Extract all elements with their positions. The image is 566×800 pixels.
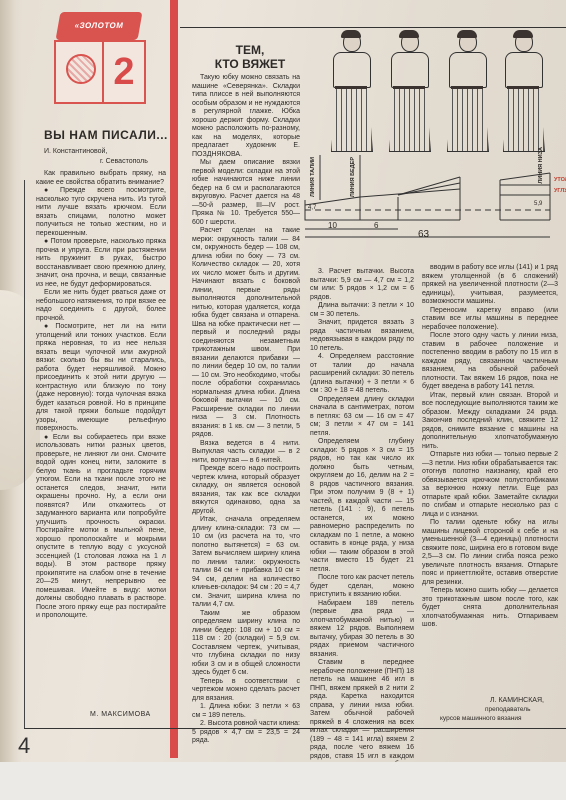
waist-line-label: ЛИНИЯ ТАЛИИ — [310, 157, 316, 197]
red-divider-bar — [170, 0, 178, 758]
article-column-3: вводим в работу все иглы (141) и 1 ряд в… — [422, 264, 558, 630]
article-paragraph: Прежде всего надо построить чертеж клина… — [192, 465, 300, 516]
article-paragraph: Таким же образом определяем ширину клина… — [192, 610, 300, 678]
article-paragraph: Расчет сделан на такие мерки: окружность… — [192, 227, 300, 440]
article-paragraph: Итак, сначала определяем длину клина-скл… — [192, 516, 300, 610]
thinning-label: УГЛУБЛЕНИЕ — [554, 188, 566, 194]
hip-line-label: ЛИНИЯ БЕДЕР — [350, 157, 356, 197]
hem-line-label: ЛИНИЯ НИЗА — [538, 147, 544, 184]
page-number: 4 — [18, 733, 30, 759]
top-rule — [180, 27, 566, 28]
article-paragraph: По талии оденьте юбку на иглы машины лиц… — [422, 519, 558, 587]
article-paragraph: Теперь в соответствии с чертежом можно с… — [192, 678, 300, 704]
left-frame-line — [24, 180, 25, 728]
article-paragraph: Итак, первый клин связан. Второй и все п… — [422, 392, 558, 452]
article-paragraph: Мы даем описание вязки первой модели: ск… — [192, 159, 300, 227]
article-paragraph: Теперь можно сшить юбку — делается это т… — [422, 587, 558, 630]
letters-paragraph: Прежде всего посмотрите, насколько туго … — [36, 187, 166, 238]
fashion-illustration — [325, 30, 555, 155]
waist-width-dim: 4,7 — [308, 205, 316, 211]
article-paragraph: Определяем глубину складки: 5 рядов × 3 … — [310, 438, 414, 574]
letters-paragraph: Потом проверьте, насколько пряжа прочна … — [36, 238, 166, 289]
model-figure-3 — [441, 30, 493, 155]
letters-paragraph: Как правильно выбрать пряжу, на какие ее… — [36, 170, 166, 187]
article-signature-role: преподаватель — [485, 706, 530, 713]
wedge-drawing — [300, 155, 564, 245]
article-paragraph: Вязка ведется в 4 нити. Выпуклая часть с… — [192, 440, 300, 466]
article-title: ТЕМ, КТО ВЯЖЕТ — [205, 43, 295, 71]
section-logo-cube: «ЗОЛОТОМ МАНЕРСТВО» 2 — [50, 12, 150, 104]
article-paragraph: Отпарьте низ юбки — только первые 2—3 пе… — [422, 451, 558, 519]
article-column-1: Такую юбку можно связать на машине «Севе… — [192, 74, 300, 746]
article-paragraph: Значит, придется вязать 3 ряда частичным… — [310, 319, 414, 353]
article-paragraph: 3. Расчет вытачки. Высота вытачки: 5,9 с… — [310, 268, 414, 302]
logo-number: 2 — [104, 42, 144, 102]
letters-paragraph: Если вы собираетесь при вязке использова… — [36, 434, 166, 621]
article-signature-name: Л. КАМИНСКАЯ, — [490, 697, 544, 704]
article-paragraph: вводим в работу все иглы (141) и 1 ряд в… — [422, 264, 558, 307]
article-title-line2: КТО ВЯЖЕТ — [205, 57, 295, 71]
segment-a-dim: 10 — [328, 221, 337, 230]
magazine-page: «ЗОЛОТОМ МАНЕРСТВО» 2 ВЫ НАМ ПИСАЛИ... И… — [0, 0, 566, 800]
total-length-dim: 63 — [418, 229, 429, 240]
pattern-diagram: ЛИНИЯ ТАЛИИ ЛИНИЯ БЕДЕР ЛИНИЯ НИЗА УТОЛЩ… — [300, 155, 564, 245]
hip-width-dim: 5,9 — [534, 201, 542, 207]
logo-banner: «ЗОЛОТОМ МАНЕРСТВО» — [56, 12, 143, 40]
article-signature-role-detail: курсов машинного вязания — [440, 715, 522, 722]
article-paragraph: Длина вытачки: 3 петли × 10 см = 30 пете… — [310, 302, 414, 319]
model-figure-2 — [383, 30, 435, 155]
article-paragraph: 2. Высота ровной части клина: 5 рядов × … — [192, 720, 300, 746]
thickening-label: УТОЛЩЕНИЕ — [554, 177, 566, 183]
article-paragraph: После этого одну часть у линии низа, ста… — [422, 332, 558, 392]
letters-city: г. Севастополь — [100, 158, 148, 165]
logo-number-face: 2 — [102, 40, 146, 104]
letters-addressee: И. Константиновой, — [44, 148, 107, 155]
segment-b-dim: 6 — [374, 221, 378, 230]
letters-column: Как правильно выбрать пряжу, на какие ее… — [36, 170, 166, 621]
article-paragraph: Переносим каретку вправо (или ставим все… — [422, 307, 558, 333]
letters-paragraph: Если же нить будет рваться даже от небол… — [36, 289, 166, 323]
article-column-2: 3. Расчет вытачки. Высота вытачки: 5,9 с… — [310, 268, 414, 787]
letters-paragraph: Посмотрите, нет ли на нити утолщений или… — [36, 323, 166, 434]
yarn-ball-icon — [66, 54, 96, 84]
model-figure-1 — [325, 30, 377, 155]
article-paragraph: Определяем длину складки сначала в санти… — [310, 396, 414, 439]
article-paragraph: После того как расчет петель будет сдела… — [310, 574, 414, 600]
letters-heading: ВЫ НАМ ПИСАЛИ... — [44, 128, 168, 142]
paper-fold — [0, 290, 40, 490]
article-paragraph: 4. Определяем расстояние от талии до нач… — [310, 353, 414, 396]
logo-yarn-face — [54, 40, 104, 104]
page-bottom-margin — [0, 762, 566, 800]
article-paragraph: Такую юбку можно связать на машине «Севе… — [192, 74, 300, 159]
letters-signature: М. МАКСИМОВА — [90, 711, 151, 718]
article-paragraph: Набираем 189 петель (первые два ряда — х… — [310, 600, 414, 660]
article-title-line1: ТЕМ, — [205, 43, 295, 57]
model-figure-4 — [497, 30, 549, 155]
article-paragraph: 1. Длина юбки: 3 петли × 63 см = 189 пет… — [192, 703, 300, 720]
